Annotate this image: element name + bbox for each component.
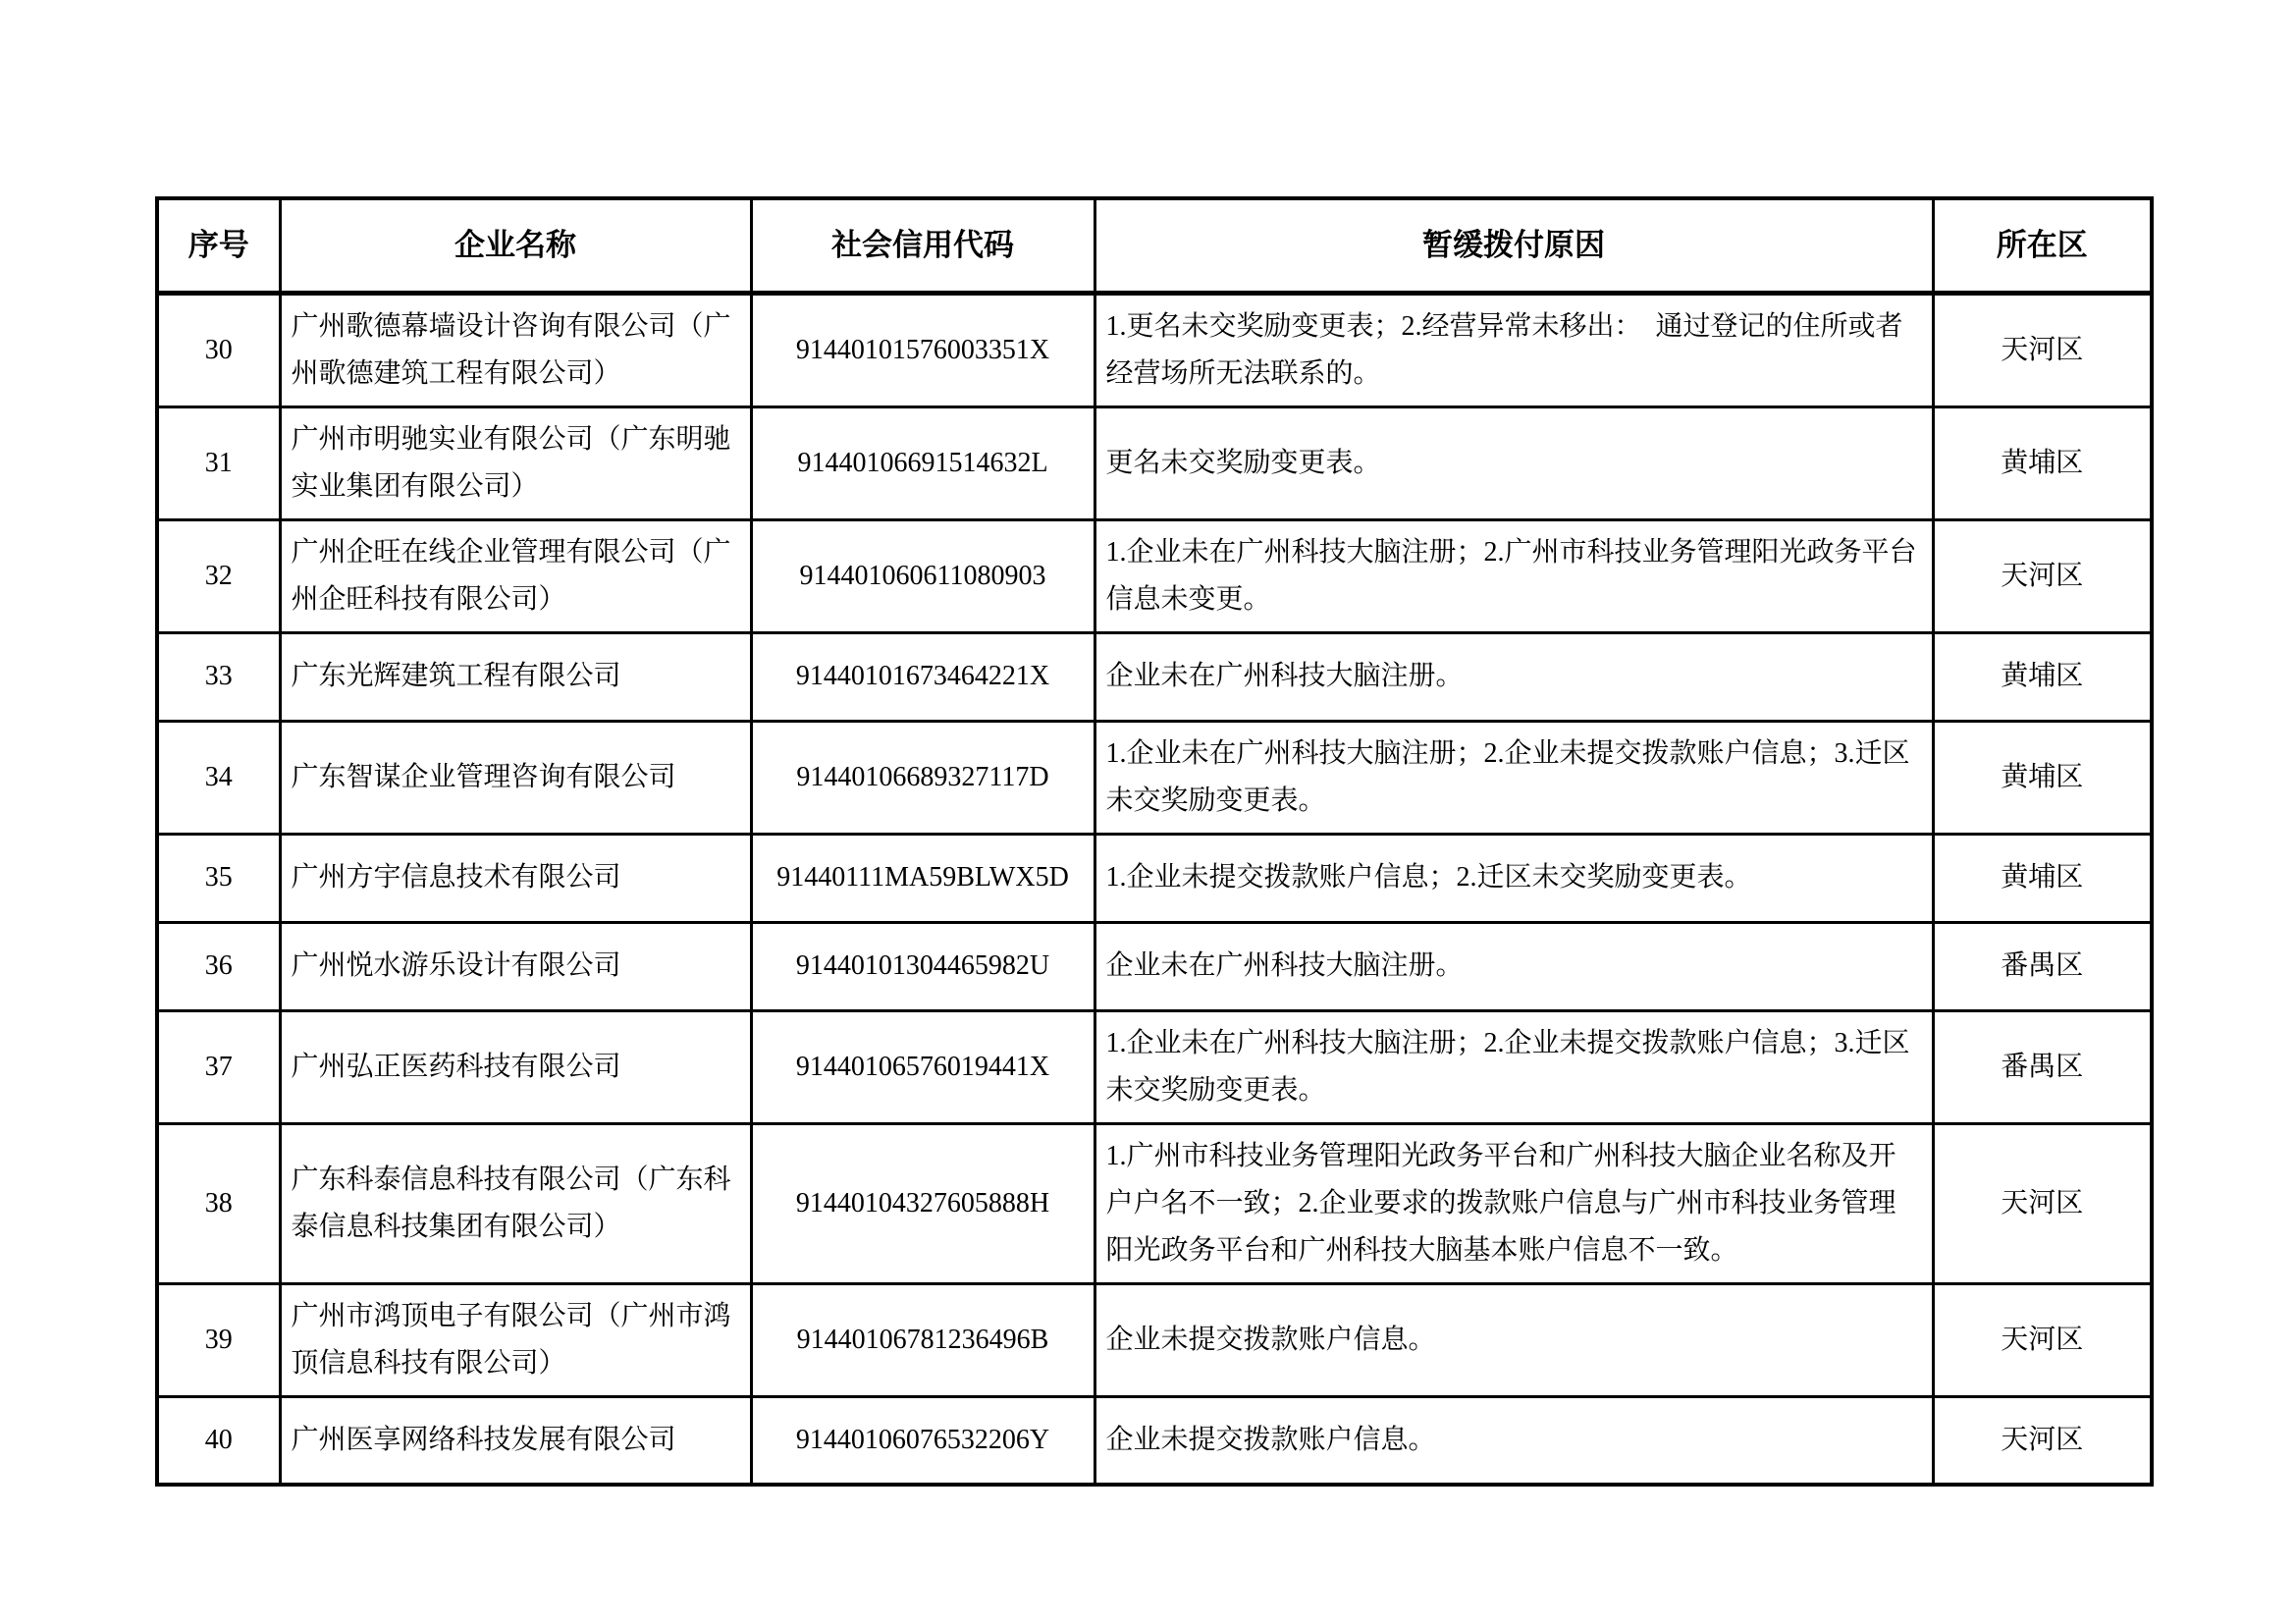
table-body: 30广州歌德幕墙设计咨询有限公司（广州歌德建筑工程有限公司）9144010157…	[157, 293, 2152, 1485]
table-row-40: 40广州医享网络科技发展有限公司91440106076532206Y企业未提交拨…	[157, 1396, 2152, 1485]
cell-reason: 1.企业未提交拨款账户信息；2.迁区未交奖励变更表。	[1095, 834, 1933, 922]
column-header-code: 社会信用代码	[751, 198, 1095, 293]
cell-district: 天河区	[1933, 1123, 2152, 1283]
cell-code: 91440101576003351X	[751, 293, 1095, 406]
cell-index: 38	[157, 1123, 280, 1283]
deferred-payment-table: 序号企业名称社会信用代码暂缓拨付原因所在区 30广州歌德幕墙设计咨询有限公司（广…	[155, 196, 2154, 1487]
cell-index: 32	[157, 519, 280, 632]
cell-district: 天河区	[1933, 1396, 2152, 1485]
cell-district: 黄埔区	[1933, 834, 2152, 922]
cell-code: 91440106781236496B	[751, 1283, 1095, 1396]
cell-name: 广州市明驰实业有限公司（广东明驰实业集团有限公司）	[280, 406, 751, 519]
cell-index: 35	[157, 834, 280, 922]
cell-code: 91440106576019441X	[751, 1010, 1095, 1123]
cell-index: 30	[157, 293, 280, 406]
cell-index: 36	[157, 922, 280, 1010]
cell-reason: 1.广州市科技业务管理阳光政务平台和广州科技大脑企业名称及开户户名不一致；2.企…	[1095, 1123, 1933, 1283]
cell-code: 91440101673464221X	[751, 632, 1095, 721]
column-header-index: 序号	[157, 198, 280, 293]
cell-code: 91440106691514632L	[751, 406, 1095, 519]
cell-district: 黄埔区	[1933, 721, 2152, 834]
table-row-36: 36广州悦水游乐设计有限公司91440101304465982U企业未在广州科技…	[157, 922, 2152, 1010]
cell-name: 广东科泰信息科技有限公司（广东科泰信息科技集团有限公司）	[280, 1123, 751, 1283]
cell-code: 914401060611080903	[751, 519, 1095, 632]
cell-reason: 企业未在广州科技大脑注册。	[1095, 632, 1933, 721]
header-row: 序号企业名称社会信用代码暂缓拨付原因所在区	[157, 198, 2152, 293]
column-header-name: 企业名称	[280, 198, 751, 293]
table-row-35: 35广州方宇信息技术有限公司91440111MA59BLWX5D1.企业未提交拨…	[157, 834, 2152, 922]
table-row-37: 37广州弘正医药科技有限公司91440106576019441X1.企业未在广州…	[157, 1010, 2152, 1123]
cell-district: 天河区	[1933, 519, 2152, 632]
cell-code: 91440106689327117D	[751, 721, 1095, 834]
cell-name: 广州歌德幕墙设计咨询有限公司（广州歌德建筑工程有限公司）	[280, 293, 751, 406]
cell-name: 广州悦水游乐设计有限公司	[280, 922, 751, 1010]
cell-name: 广州医享网络科技发展有限公司	[280, 1396, 751, 1485]
cell-reason: 1.企业未在广州科技大脑注册；2.广州市科技业务管理阳光政务平台信息未变更。	[1095, 519, 1933, 632]
table-row-39: 39广州市鸿顶电子有限公司（广州市鸿顶信息科技有限公司）914401067812…	[157, 1283, 2152, 1396]
cell-reason: 企业未提交拨款账户信息。	[1095, 1283, 1933, 1396]
cell-reason: 1.企业未在广州科技大脑注册；2.企业未提交拨款账户信息；3.迁区未交奖励变更表…	[1095, 1010, 1933, 1123]
table-row-38: 38广东科泰信息科技有限公司（广东科泰信息科技集团有限公司）9144010432…	[157, 1123, 2152, 1283]
table-row-31: 31广州市明驰实业有限公司（广东明驰实业集团有限公司）9144010669151…	[157, 406, 2152, 519]
table-row-32: 32广州企旺在线企业管理有限公司（广州企旺科技有限公司）914401060611…	[157, 519, 2152, 632]
cell-code: 91440101304465982U	[751, 922, 1095, 1010]
cell-reason: 1.更名未交奖励变更表；2.经营异常未移出： 通过登记的住所或者经营场所无法联系…	[1095, 293, 1933, 406]
cell-reason: 更名未交奖励变更表。	[1095, 406, 1933, 519]
table-header: 序号企业名称社会信用代码暂缓拨付原因所在区	[157, 198, 2152, 293]
cell-code: 91440111MA59BLWX5D	[751, 834, 1095, 922]
cell-index: 40	[157, 1396, 280, 1485]
cell-district: 黄埔区	[1933, 406, 2152, 519]
cell-code: 91440106076532206Y	[751, 1396, 1095, 1485]
cell-name: 广州弘正医药科技有限公司	[280, 1010, 751, 1123]
cell-index: 37	[157, 1010, 280, 1123]
cell-reason: 1.企业未在广州科技大脑注册；2.企业未提交拨款账户信息；3.迁区未交奖励变更表…	[1095, 721, 1933, 834]
cell-name: 广东光辉建筑工程有限公司	[280, 632, 751, 721]
cell-district: 天河区	[1933, 1283, 2152, 1396]
cell-reason: 企业未提交拨款账户信息。	[1095, 1396, 1933, 1485]
cell-district: 天河区	[1933, 293, 2152, 406]
cell-index: 34	[157, 721, 280, 834]
cell-district: 黄埔区	[1933, 632, 2152, 721]
cell-name: 广州方宇信息技术有限公司	[280, 834, 751, 922]
table-row-33: 33广东光辉建筑工程有限公司91440101673464221X企业未在广州科技…	[157, 632, 2152, 721]
table-row-30: 30广州歌德幕墙设计咨询有限公司（广州歌德建筑工程有限公司）9144010157…	[157, 293, 2152, 406]
cell-index: 39	[157, 1283, 280, 1396]
cell-code: 91440104327605888H	[751, 1123, 1095, 1283]
table-row-34: 34广东智谋企业管理咨询有限公司91440106689327117D1.企业未在…	[157, 721, 2152, 834]
cell-district: 番禺区	[1933, 922, 2152, 1010]
cell-name: 广东智谋企业管理咨询有限公司	[280, 721, 751, 834]
cell-index: 33	[157, 632, 280, 721]
document-page: 序号企业名称社会信用代码暂缓拨付原因所在区 30广州歌德幕墙设计咨询有限公司（广…	[0, 0, 2296, 1624]
column-header-reason: 暂缓拨付原因	[1095, 198, 1933, 293]
cell-index: 31	[157, 406, 280, 519]
column-header-district: 所在区	[1933, 198, 2152, 293]
cell-reason: 企业未在广州科技大脑注册。	[1095, 922, 1933, 1010]
cell-name: 广州企旺在线企业管理有限公司（广州企旺科技有限公司）	[280, 519, 751, 632]
cell-name: 广州市鸿顶电子有限公司（广州市鸿顶信息科技有限公司）	[280, 1283, 751, 1396]
cell-district: 番禺区	[1933, 1010, 2152, 1123]
